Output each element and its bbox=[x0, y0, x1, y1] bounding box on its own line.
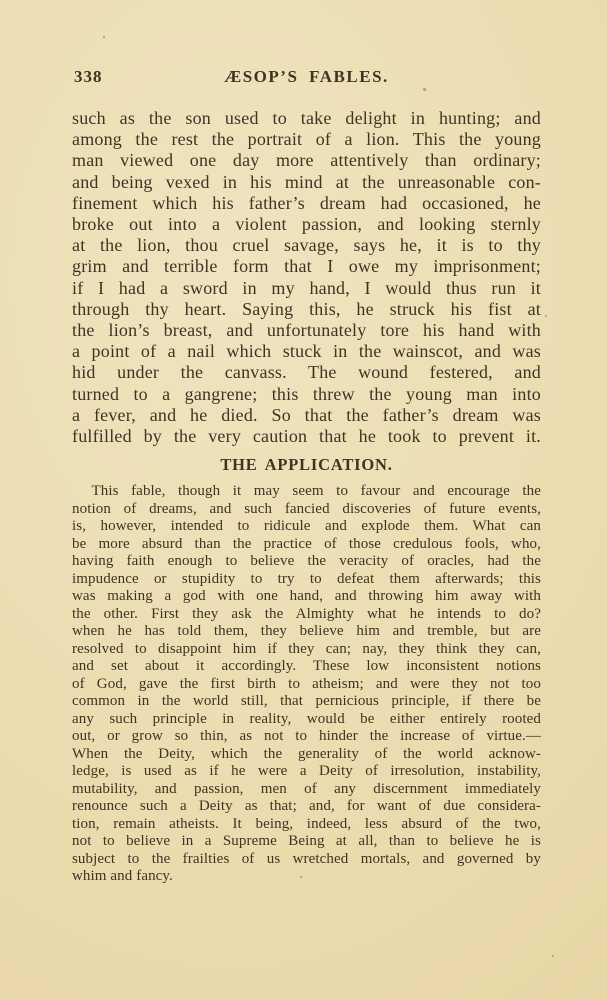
text-line: not to believe in a Supreme Being at all… bbox=[72, 833, 541, 851]
text-line: broke out into a violent passion, and lo… bbox=[72, 214, 541, 235]
text-line: and set about it accordingly. These low … bbox=[72, 658, 541, 676]
text-line: the lion’s breast, and unfortunately tor… bbox=[72, 320, 541, 341]
text-line: of God, gave the first birth to atheism;… bbox=[72, 676, 541, 694]
text-line: a fever, and he died. So that the father… bbox=[72, 405, 541, 426]
text-line: out, or grow so thin, as not to hinder t… bbox=[72, 728, 541, 746]
text-line: a point of a nail which stuck in the wai… bbox=[72, 341, 541, 362]
text-line: grim and terrible form that I owe my imp… bbox=[72, 256, 541, 277]
text-line: impudence or stupidity to try to defeat … bbox=[72, 571, 541, 589]
text-line: among the rest the portrait of a lion. T… bbox=[72, 129, 541, 150]
text-line: be more absurd than the practice of thos… bbox=[72, 536, 541, 554]
text-line: is, however, intended to ridicule and ex… bbox=[72, 518, 541, 536]
text-line: notion of dreams, and such fancied disco… bbox=[72, 501, 541, 519]
text-line: the other. First they ask the Almighty w… bbox=[72, 606, 541, 624]
fable-body-text: such as the son used to take delight in … bbox=[72, 108, 541, 447]
running-title: ÆSOP’S FABLES. bbox=[72, 66, 541, 87]
page-content: 338 ÆSOP’S FABLES. such as the son used … bbox=[0, 0, 607, 1000]
text-line: This fable, though it may seem to favour… bbox=[72, 483, 541, 501]
text-line: was making a god with one hand, and thro… bbox=[72, 588, 541, 606]
application-body-text: This fable, though it may seem to favour… bbox=[72, 483, 541, 886]
text-line: resolved to disappoint him if they can; … bbox=[72, 641, 541, 659]
text-line: mutability, and passion, men of any disc… bbox=[72, 781, 541, 799]
text-line: hid under the canvass. The wound festere… bbox=[72, 362, 541, 383]
book-page: 338 ÆSOP’S FABLES. such as the son used … bbox=[0, 0, 607, 1000]
text-line: through thy heart. Saying this, he struc… bbox=[72, 299, 541, 320]
text-line: at the lion, thou cruel savage, says he,… bbox=[72, 235, 541, 256]
text-line: tion, remain atheists. It being, indeed,… bbox=[72, 816, 541, 834]
application-heading: THE APPLICATION. bbox=[72, 455, 541, 475]
text-line: when he has told them, they believe him … bbox=[72, 623, 541, 641]
page-number: 338 bbox=[74, 66, 103, 87]
text-line: common in the world still, that pernicio… bbox=[72, 693, 541, 711]
text-line: any such principle in reality, would be … bbox=[72, 711, 541, 729]
text-line: having faith enough to believe the verac… bbox=[72, 553, 541, 571]
text-line: subject to the frailties of us wretched … bbox=[72, 851, 541, 869]
text-line: man viewed one day more attentively than… bbox=[72, 150, 541, 171]
text-line: if I had a sword in my hand, I would thu… bbox=[72, 278, 541, 299]
text-line: whim and fancy. bbox=[72, 868, 541, 886]
text-line: fulfilled by the very caution that he to… bbox=[72, 426, 541, 447]
text-line: such as the son used to take delight in … bbox=[72, 108, 541, 129]
text-line: finement which his father’s dream had oc… bbox=[72, 193, 541, 214]
text-line: ledge, is used as if he were a Deity of … bbox=[72, 763, 541, 781]
text-line: renounce such a Deity as that; and, for … bbox=[72, 798, 541, 816]
text-line: turned to a gangrene; this threw the you… bbox=[72, 384, 541, 405]
text-line: When the Deity, which the generality of … bbox=[72, 746, 541, 764]
text-line: and being vexed in his mind at the unrea… bbox=[72, 172, 541, 193]
page-header: 338 ÆSOP’S FABLES. bbox=[72, 66, 541, 87]
